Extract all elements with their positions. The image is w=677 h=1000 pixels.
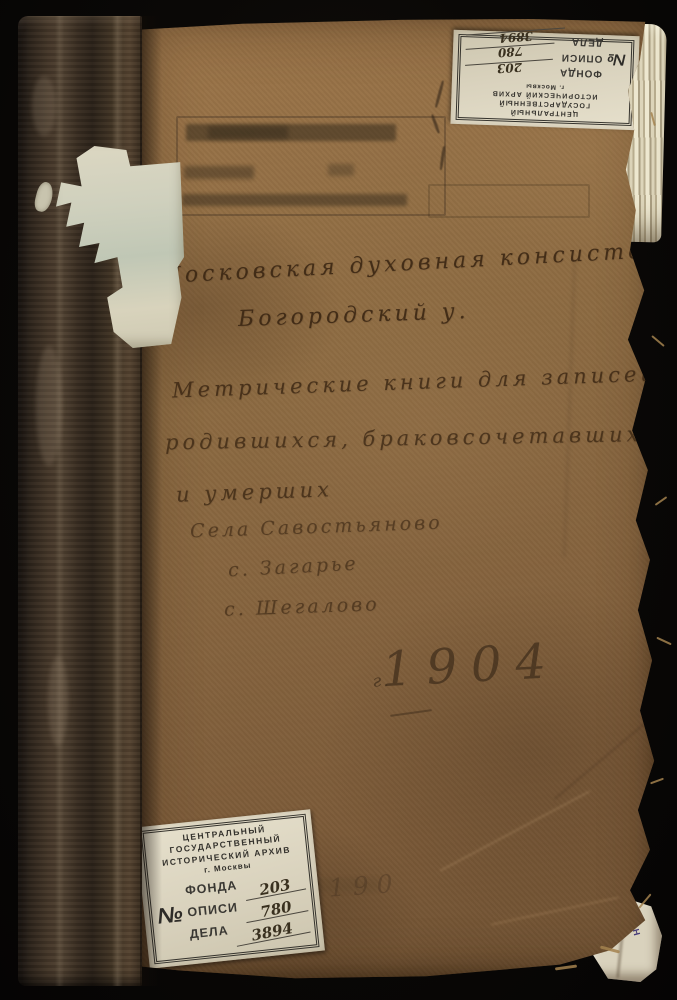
year-underline	[390, 709, 432, 717]
handwriting-title-line: Московская духовная консистория	[158, 236, 677, 289]
cover-crease	[563, 258, 576, 558]
edge-fiber	[651, 335, 665, 347]
delo-value: 3894	[235, 919, 311, 947]
spine-ridge	[55, 16, 64, 986]
delo-label: ДЕЛА	[189, 920, 230, 946]
delo-label: ДЕЛА	[571, 34, 604, 51]
archive-label-bottom: ЦЕНТРАЛЬНЫЙ ГОСУДАРСТВЕННЫЙ ИСТОРИЧЕСКИЙ…	[135, 809, 325, 969]
cover-crease	[553, 722, 646, 801]
cover-crease	[439, 790, 590, 872]
book-cover: ЦЕНТРАЛЬНЫЙ ГОСУДАРСТВЕННЫЙ ИСТОРИЧЕСКИЙ…	[138, 18, 662, 984]
photo-backdrop: ВАЛ АН ЦЕНТРАЛЬНЫЙ ГОСУДАРСТВЕННЫЙ ИСТОР…	[0, 0, 677, 1000]
handwriting-books-line: Метрические книги для записей	[172, 362, 658, 403]
opis-label: ОПИСИ	[561, 49, 603, 66]
handwriting-village-1: Села Савостьяново	[190, 512, 443, 543]
edge-fiber	[650, 778, 664, 785]
faint-stamp-outline	[428, 184, 590, 218]
handwriting-records-line: родившихся, браковсочетавшихся	[165, 422, 676, 455]
stamp-smudge	[184, 166, 254, 179]
label-frame: ЦЕНТРАЛЬНЫЙ ГОСУДАРСТВЕННЫЙ ИСТОРИЧЕСКИЙ…	[140, 814, 319, 965]
faded-stamp	[176, 116, 446, 216]
spine-scuff	[48, 656, 68, 746]
edge-fiber	[655, 496, 668, 506]
handwriting-village-3: с. Шегалово	[224, 593, 380, 620]
year-suffix: г.	[372, 671, 391, 692]
ink-scribble	[434, 80, 444, 108]
edge-fiber	[656, 637, 671, 646]
spine-scuff	[32, 76, 56, 136]
handwriting-deceased-line: и умерших	[176, 477, 334, 506]
spine-scuff	[36, 346, 62, 466]
edge-fiber	[555, 964, 577, 970]
cover-crease	[491, 897, 619, 926]
handwritten-year: 1904г.	[381, 642, 392, 698]
fond-label: ФОНДА	[559, 64, 602, 81]
stamp-smudge	[328, 164, 354, 176]
label-fields: № ФОНДА 203 ОПИСИ 780 ДЕЛА 3894	[465, 30, 627, 82]
stamp-smudge	[182, 194, 407, 206]
handwriting-uyezd-line: Богородский у.	[238, 299, 470, 332]
numero-sign: №	[607, 49, 626, 68]
label-frame: ЦЕНТРАЛЬНЫЙ ГОСУДАРСТВЕННЫЙ ИСТОРИЧЕСКИЙ…	[456, 34, 635, 126]
year-digits: 1904	[381, 633, 562, 698]
handwriting-village-2: с. Загарье	[228, 553, 360, 582]
spine-cover-hinge-shadow	[140, 16, 162, 986]
delo-value: 3894	[466, 27, 565, 45]
label-fields: № ФОНДА 203 ОПИСИ 780 ДЕЛА 3894	[154, 868, 310, 949]
archive-label-top: ЦЕНТРАЛЬНЫЙ ГОСУДАРСТВЕННЫЙ ИСТОРИЧЕСКИЙ…	[450, 30, 639, 130]
archive-org-name: ЦЕНТРАЛЬНЫЙ ГОСУДАРСТВЕННЫЙ ИСТОРИЧЕСКИЙ…	[464, 78, 625, 119]
stamp-smudge	[208, 126, 288, 139]
